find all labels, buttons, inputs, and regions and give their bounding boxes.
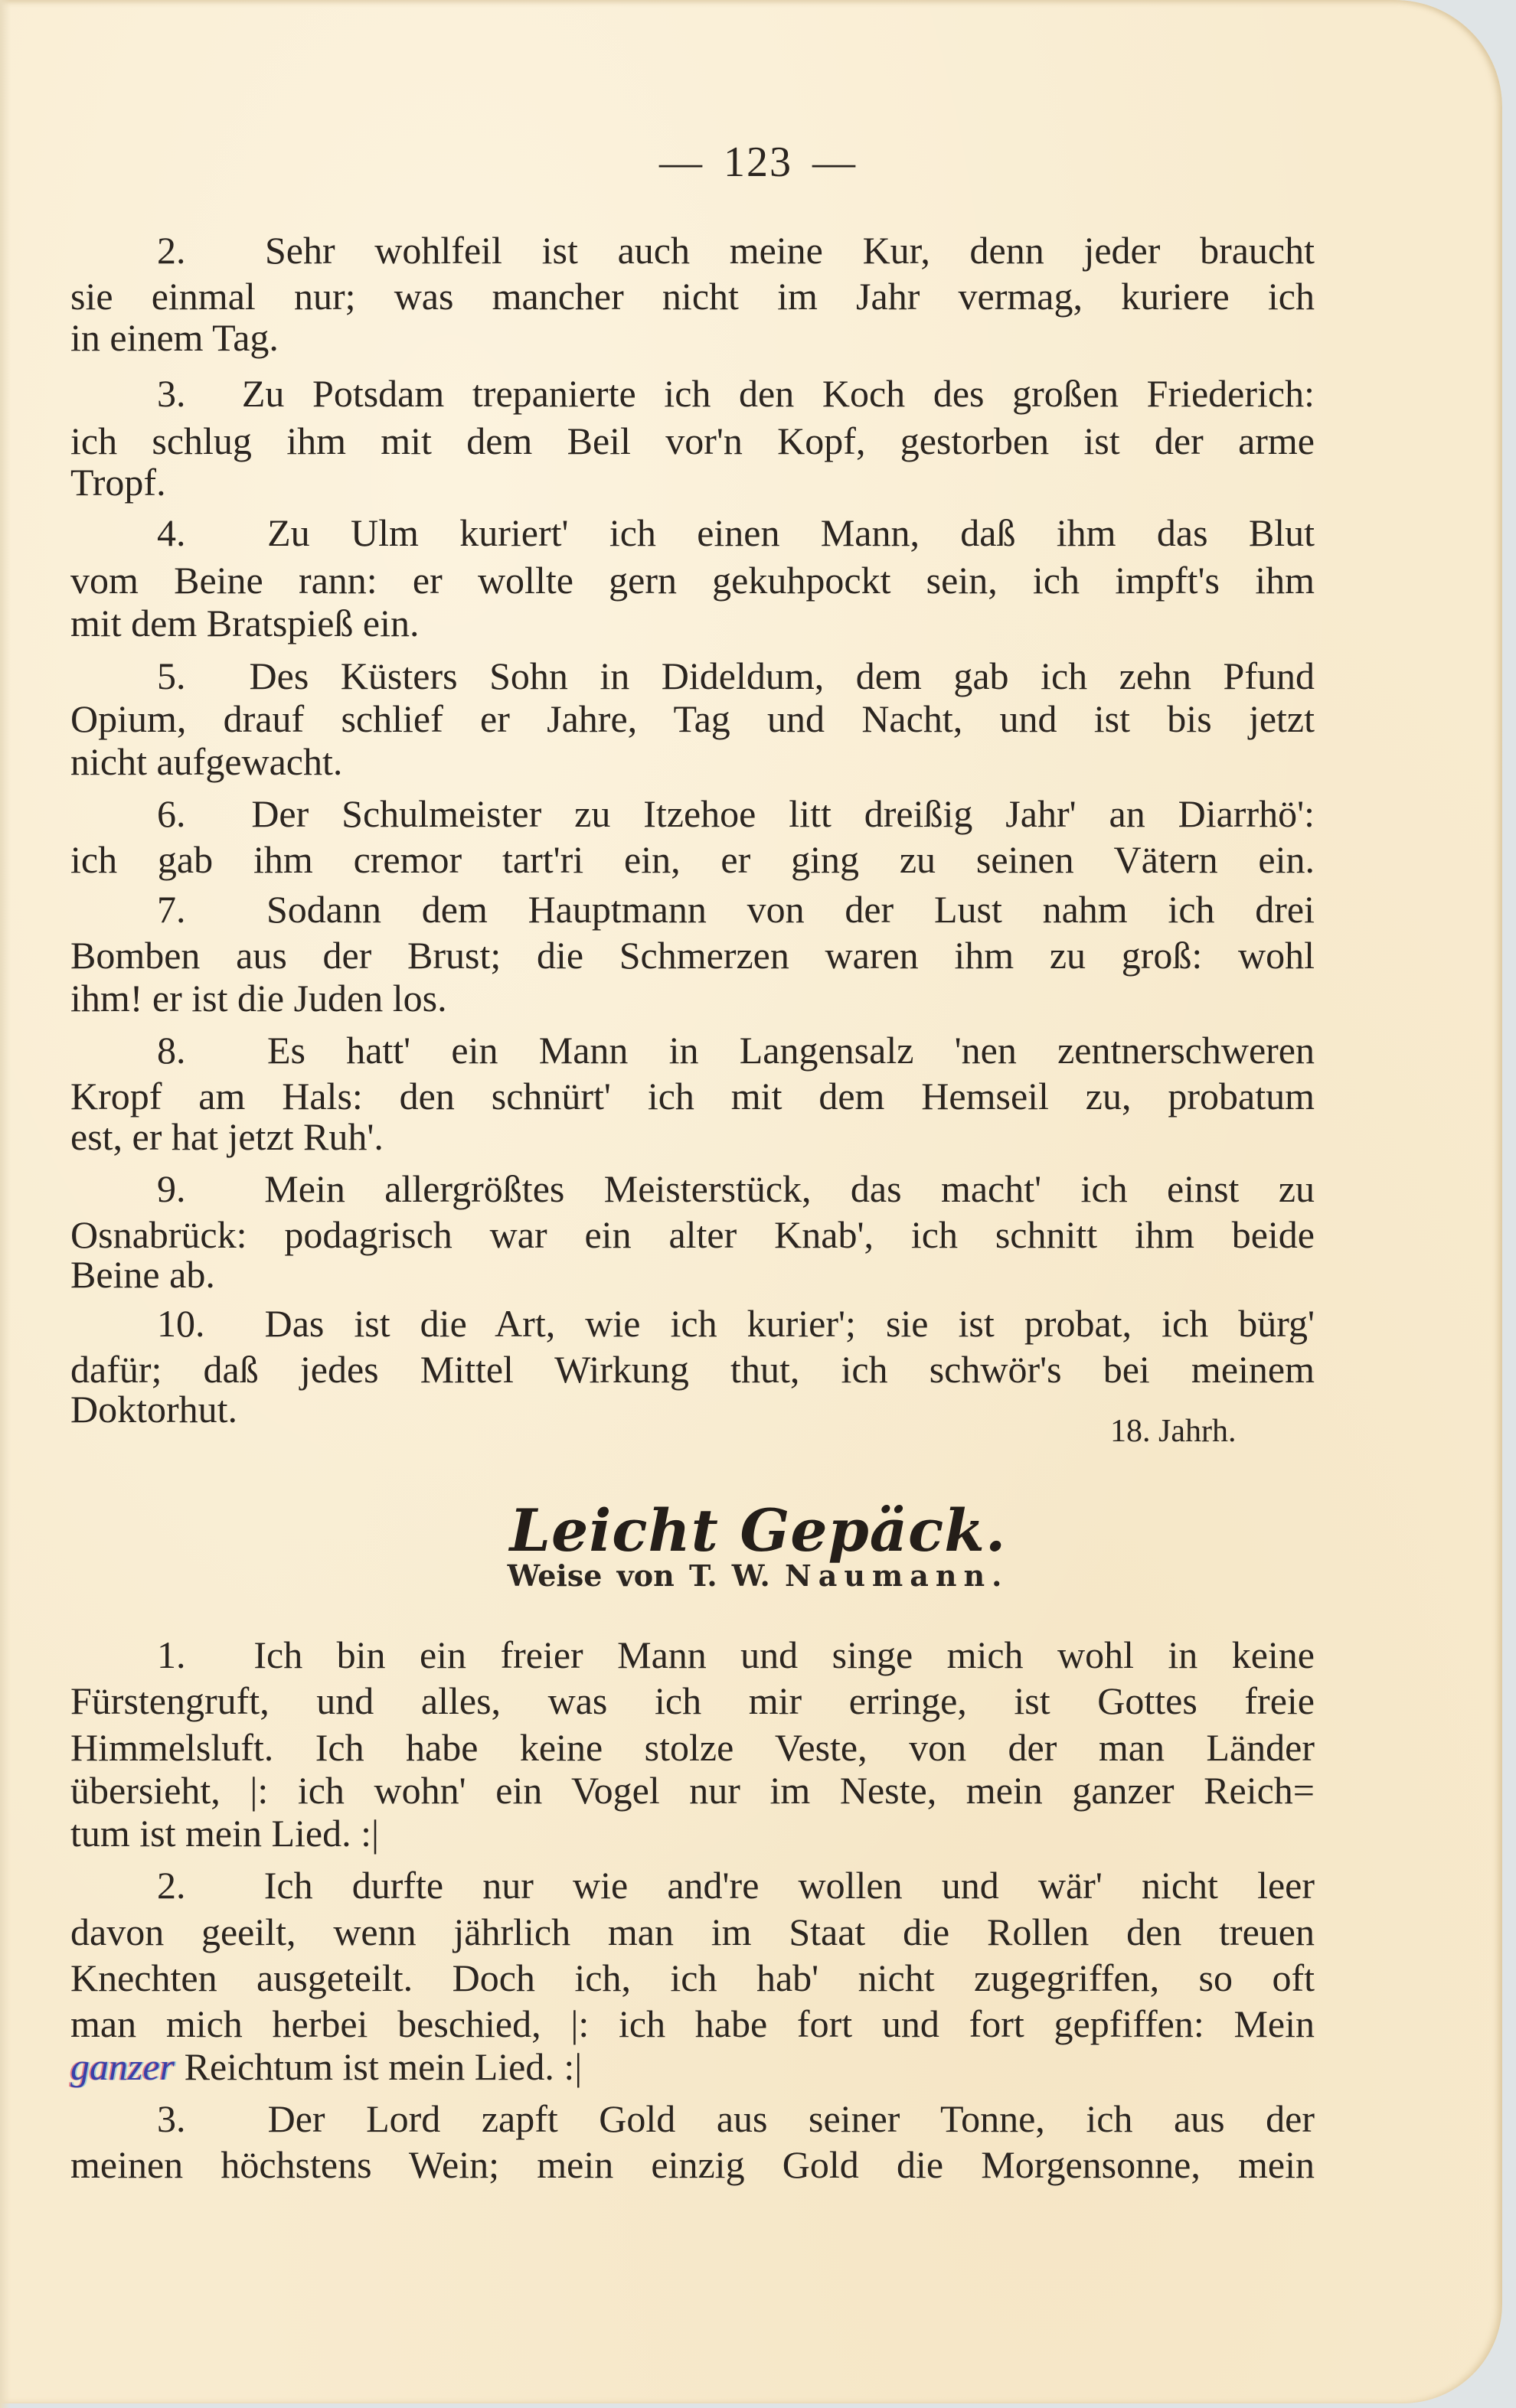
stanza-number: 3. (157, 372, 186, 415)
stanza-line: 8. Es hatt' ein Mann in Langensalz 'nen … (70, 1027, 1315, 1073)
stanza-number: 2. (157, 1864, 186, 1907)
stanza-line: ich gab ihm cremor tart'ri ein, er ging … (70, 837, 1315, 883)
stanza-line: Kropf am Hals: den schnürt' ich mit dem … (70, 1073, 1315, 1119)
stanza-number: 6. (157, 792, 186, 835)
page-number: —123— (0, 138, 1516, 187)
stanza-number: 4. (157, 511, 186, 554)
stanza-line: Bomben aus der Brust; die Schmerzen ware… (70, 932, 1315, 978)
song-stanza-line: übersieht, |: ich wohn' ein Vogel nur im… (70, 1767, 1315, 1813)
highlighted-word: ganzer (70, 2045, 175, 2088)
song-stanza-line: Himmelsluft. Ich habe keine stolze Veste… (70, 1724, 1315, 1770)
stanza-number: 10. (157, 1302, 205, 1345)
song-subtitle-prefix: Weise von T. W. (508, 1558, 770, 1593)
stanza-line: est, er hat jetzt Ruh'. (70, 1114, 1315, 1160)
stanza-number: 5. (157, 654, 186, 697)
stanza-line: mit dem Bratspieß ein. (70, 600, 1315, 646)
stanza-line: ihm! er ist die Juden los. (70, 975, 1315, 1021)
song-stanza-line: 2. Ich durfte nur wie and're wollen und … (70, 1862, 1315, 1908)
stanza-line: 5. Des Küsters Sohn in Dideldum, dem gab… (70, 653, 1315, 699)
stanza-line: 7. Sodann dem Hauptmann von der Lust nah… (70, 886, 1315, 932)
stanza-line: sie einmal nur; was mancher nicht im Jah… (70, 273, 1315, 319)
page-number-value: 123 (724, 139, 792, 186)
stanza-line: 10. Das ist die Art, wie ich kurier'; si… (70, 1300, 1315, 1346)
stanza-line: Osnabrück: podagrisch war ein alter Knab… (70, 1212, 1315, 1258)
song-stanza-line: 1. Ich bin ein freier Mann und singe mic… (70, 1632, 1315, 1678)
stanza-line: nicht aufgewacht. (70, 739, 1315, 785)
stanza-number: 2. (157, 229, 186, 272)
stanza-line: 6. Der Schulmeister zu Itzehoe litt drei… (70, 791, 1315, 837)
stanza-number: 3. (157, 2097, 186, 2140)
song-subtitle: Weise von T. W. Naumann. (0, 1558, 1516, 1593)
stanza-line: in einem Tag. (70, 315, 1315, 361)
song-stanza-line: Knechten ausgeteilt. Doch ich, ich hab' … (70, 1955, 1315, 2001)
song-stanza-line: ganzer Reichtum ist mein Lied. :| (70, 2044, 1315, 2090)
stanza-line: Beine ab. (70, 1251, 1315, 1297)
stanza-number: 9. (157, 1167, 186, 1210)
stanza-line: ich schlug ihm mit dem Beil vor'n Kopf, … (70, 418, 1315, 464)
stanza-line: Opium, drauf schlief er Jahre, Tag und N… (70, 696, 1315, 742)
stanza-line: 3. Zu Potsdam trepanierte ich den Koch d… (70, 370, 1315, 416)
song-stanza-line: man mich herbei beschied, |: ich habe fo… (70, 2001, 1315, 2047)
song-composer: Naumann. (785, 1558, 1008, 1593)
stanza-line: Tropf. (70, 459, 1315, 505)
poem-attribution: 18. Jahrh. (1110, 1408, 1236, 1454)
song-stanza-line: tum ist mein Lied. :| (70, 1810, 1315, 1856)
stanza-number: 7. (157, 888, 186, 931)
stanza-number: 8. (157, 1029, 186, 1072)
song-stanza-line: Fürstengruft, und alles, was ich mir err… (70, 1678, 1315, 1724)
song-title: Leicht Gepäck. (0, 1496, 1516, 1565)
page-number-dash-left: — (659, 138, 704, 187)
stanza-line: vom Beine rann: er wollte gern gekuhpock… (70, 557, 1315, 603)
stanza-number: 1. (157, 1633, 186, 1676)
song-stanza-line: 3. Der Lord zapft Gold aus seiner Tonne,… (70, 2096, 1315, 2142)
page-number-dash-right: — (812, 138, 857, 187)
stanza-line: 2. Sehr wohlfeil ist auch meine Kur, den… (70, 227, 1315, 273)
stanza-line: 4. Zu Ulm kuriert' ich einen Mann, daß i… (70, 510, 1315, 556)
song-stanza-line: meinen höchstens Wein; mein einzig Gold … (70, 2142, 1315, 2188)
stanza-line: 9. Mein allergrößtes Meisterstück, das m… (70, 1166, 1315, 1212)
song-stanza-line: davon geeilt, wenn jährlich man im Staat… (70, 1909, 1315, 1955)
page-left-edge (0, 0, 11, 2408)
stanza-line: dafür; daß jedes Mittel Wirkung thut, ic… (70, 1346, 1315, 1392)
